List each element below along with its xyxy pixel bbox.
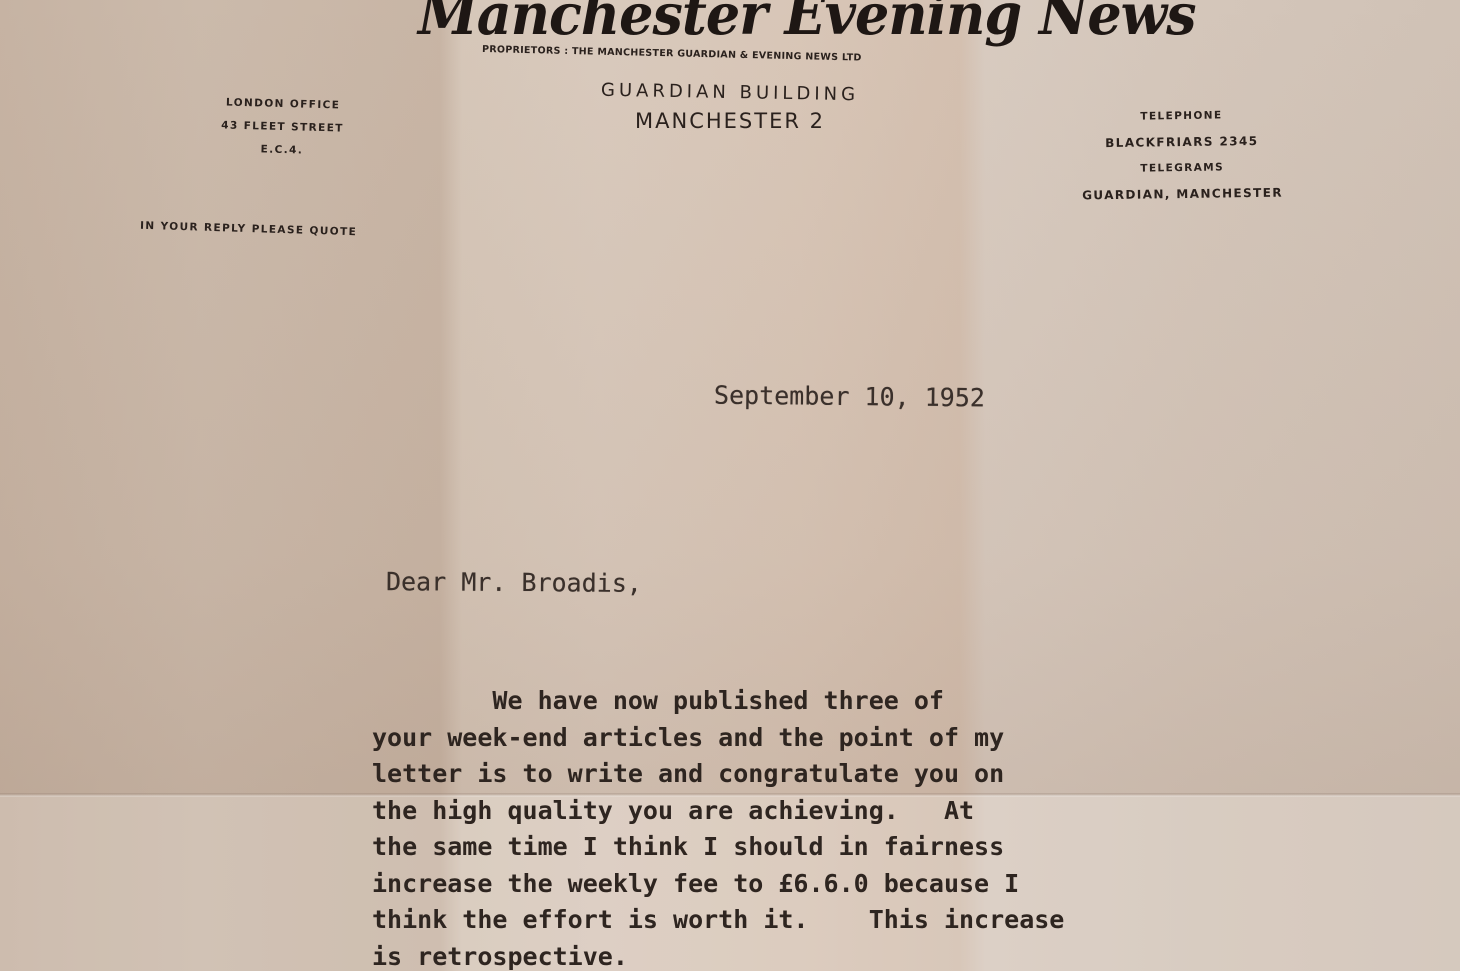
body-line: your week-end articles and the point of …: [372, 720, 1064, 757]
body-line: We have now published three of: [372, 683, 1064, 720]
contact-block: TELEPHONE BLACKFRIARS 2345 TELEGRAMS GUA…: [1061, 101, 1302, 208]
body-line: increase the weekly fee to £6.6.0 becaus…: [372, 866, 1064, 903]
london-office-block: LONDON OFFICE 43 FLEET STREET E.C.4.: [189, 91, 376, 165]
letterhead-address: GUARDIAN BUILDING MANCHESTER 2: [550, 82, 910, 133]
body-line: is retrospective.: [372, 939, 1064, 971]
body-line: the same time I think I should in fairne…: [372, 829, 1064, 866]
body-line: think the effort is worth it. This incre…: [372, 902, 1064, 939]
letter-body: We have now published three of your week…: [372, 683, 1064, 971]
telegrams-address: GUARDIAN, MANCHESTER: [1062, 179, 1302, 208]
telephone-number: BLACKFRIARS 2345: [1062, 127, 1302, 156]
body-line: the high quality you are achieving. At: [372, 793, 1064, 830]
london-office-postcode: E.C.4.: [189, 137, 375, 165]
telephone-label: TELEPHONE: [1061, 101, 1301, 130]
letter-date: September 10, 1952: [714, 381, 985, 413]
letter-salutation: Dear Mr. Broadis,: [386, 567, 642, 598]
newspaper-masthead: Manchester Evening News: [418, 0, 1038, 48]
body-line: letter is to write and congratulate you …: [372, 756, 1064, 793]
telegrams-label: TELEGRAMS: [1062, 153, 1302, 182]
address-line-city: MANCHESTER 2: [550, 109, 910, 133]
address-line-building: GUARDIAN BUILDING: [550, 79, 910, 106]
